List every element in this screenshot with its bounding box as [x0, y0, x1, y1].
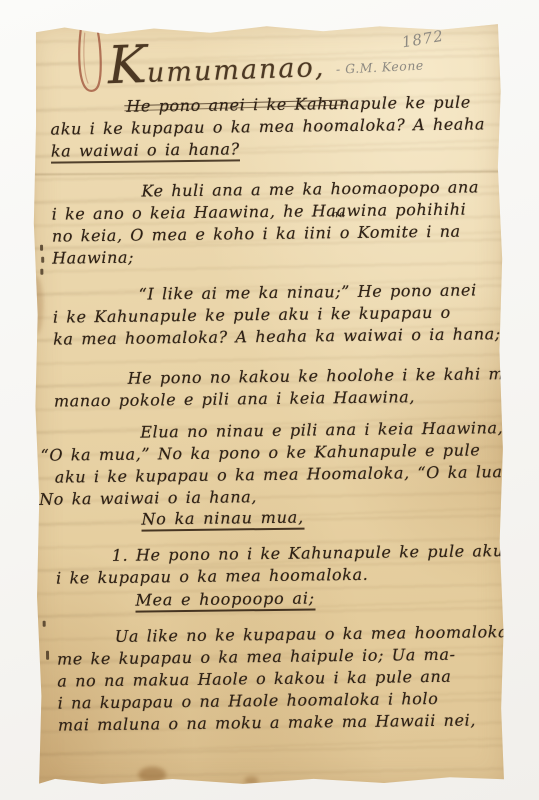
- handwritten-line: ka waiwai o ia hana?: [51, 135, 499, 162]
- handwritten-line: No ka waiwai o ia hana,: [39, 483, 503, 511]
- handwritten-line: Haawina;: [52, 242, 500, 269]
- paragraph: Elua no ninau e pili ana i keia Haawina,…: [54, 417, 503, 510]
- margin-mark: [43, 621, 46, 627]
- paragraph: Ke huli ana a me ka hoomaopopo ana i ke …: [51, 176, 500, 269]
- document-title: Kumumanao,: [107, 29, 326, 96]
- margin-mark: [41, 257, 44, 263]
- section-heading-argument: Mea e hoopoopo ai;: [135, 588, 315, 609]
- handwritten-line: mai maluna o na moku a make ma Hawaii ne…: [58, 709, 506, 736]
- pencil-name-annotation: - G.M. Keone: [336, 58, 424, 77]
- underlined-phrase: No ka ninau mua,: [141, 508, 304, 532]
- manuscript-page: 1872 Kumumanao, - G.M. Keone He pono ane…: [32, 23, 507, 788]
- margin-mark: [46, 651, 49, 660]
- paragraph: He pono anei i ke Kahunapule ke pule aku…: [50, 91, 499, 162]
- underlined-phrase: Mea e hoopoopo ai;: [135, 588, 315, 612]
- interlinear-insertion: na: [332, 209, 347, 220]
- handwritten-ink-layer: Kumumanao, - G.M. Keone He pono anei i k…: [29, 21, 508, 789]
- paragraph: 1. He pono no i ke Kahunapule ke pule ak…: [56, 540, 505, 589]
- margin-mark: [40, 269, 43, 275]
- scan-background: 1872 Kumumanao, - G.M. Keone He pono ane…: [0, 0, 539, 800]
- handwritten-line: manao pokole e pili ana i keia Haawina,: [54, 385, 502, 412]
- handwritten-line: ka mea hoomaloka? A heaha ka waiwai o ia…: [53, 323, 501, 350]
- handwritten-line: i ke kupapau o ka mea hoomaloka.: [56, 562, 504, 589]
- section-heading-first-question: No ka ninau mua,: [141, 508, 304, 529]
- paragraph: He pono no kakou ke hoolohe i ke kahi ma…: [54, 363, 503, 412]
- underlined-phrase: ka waiwai o ia hana?: [51, 139, 240, 163]
- margin-mark: [40, 245, 43, 251]
- paragraph: “I like ai me ka ninau;” He pono anei i …: [53, 279, 502, 350]
- paragraph: Ua like no ke kupapau o ka mea hoomaloka…: [57, 621, 506, 736]
